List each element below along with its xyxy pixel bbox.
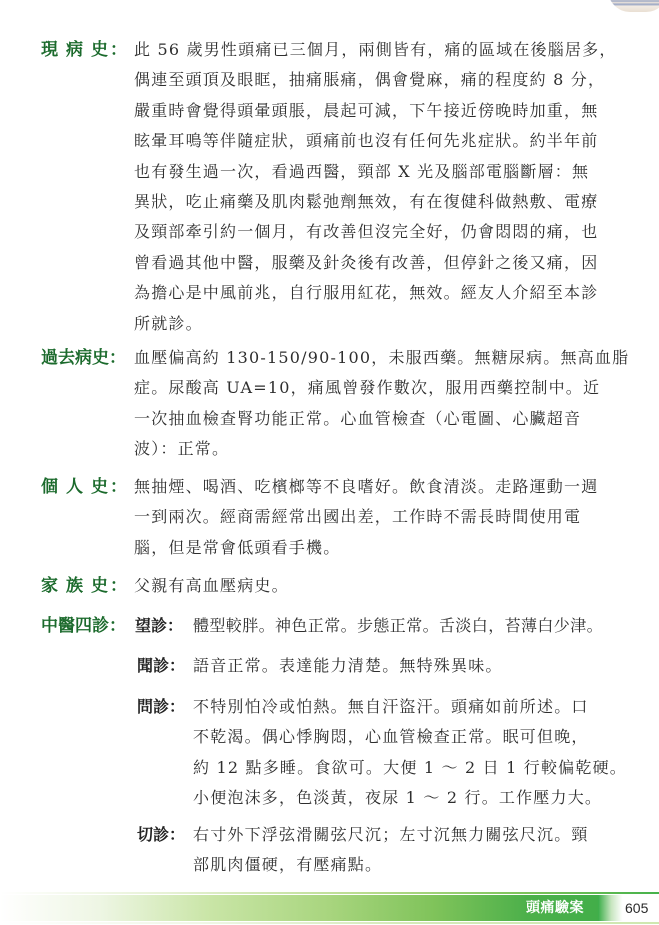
text-line: 血壓偏高約 130-150/90-100，未服西藥。無糖尿病。無高血脂 [134, 343, 631, 373]
text-line: 曾看過其他中醫，服藥及針灸後有改善，但停針之後又痛，因 [134, 248, 631, 278]
text-line: 語音正常。表達能力清楚。無特殊異味。 [193, 651, 631, 681]
text-line: 父親有高血壓病史。 [134, 571, 631, 601]
label-text: 家族史 [41, 576, 116, 596]
text-line: 部肌肉僵硬，有壓痛點。 [193, 850, 631, 880]
text-line: 腦，但是常會低頭看手機。 [134, 533, 631, 563]
inspection-label: 望診： [135, 611, 191, 641]
palpation-text: 右寸外下浮弦滑關弦尺沉；左寸沉無力關弦尺沉。頸 部肌肉僵硬，有壓痛點。 [193, 820, 631, 881]
present-illness-text: 此 56 歲男性頭痛已三個月，兩側皆有，痛的區域在後腦居多， 偶連至頭頂及眼眶，… [134, 35, 631, 339]
inquiry-text: 不特別怕冷或怕熱。無自汗盜汗。頭痛如前所述。口 不乾渴。偶心悸胸悶，心血管檢查正… [193, 692, 631, 814]
family-history-text: 父親有高血壓病史。 [134, 571, 631, 601]
personal-history-text: 無抽煙、喝酒、吃檳榔等不良嗜好。飲食清淡。走路運動一週 一到兩次。經商需經常出國… [134, 472, 631, 563]
text-line: 不特別怕冷或怕熱。無自汗盜汗。頭痛如前所述。口 [193, 692, 631, 722]
text-line: 症。尿酸高 UA=10，痛風曾發作數次，服用西藥控制中。近 [134, 373, 631, 403]
footer-top-rule [0, 892, 659, 894]
page-number: 605 [625, 895, 648, 921]
text-line: 右寸外下浮弦滑關弦尺沉；左寸沉無力關弦尺沉。頸 [193, 820, 631, 850]
text-line: 為擔心是中風前兆，自行服用紅花，無效。經友人介紹至本診 [134, 278, 631, 308]
text-line: 及頸部牽引約一個月，有改善但沒完全好，仍會悶悶的痛，也 [134, 217, 631, 247]
label-colon: ： [110, 477, 127, 497]
palpation-label: 切診： [137, 820, 193, 850]
bowl-photo-decoration [608, 0, 659, 12]
footer-bottom-rule [0, 922, 659, 924]
text-line: 異狀，吃止痛藥及肌肉鬆弛劑無效，有在復健科做熱敷、電療 [134, 187, 631, 217]
past-history-text: 血壓偏高約 130-150/90-100，未服西藥。無糖尿病。無高血脂 症。尿酸… [134, 343, 631, 465]
inquiry-label: 問診： [137, 692, 193, 722]
personal-history-label: 個人史： [41, 472, 133, 502]
text-line: 所就診。 [134, 309, 631, 339]
listening-label: 聞診： [137, 651, 193, 681]
text-line: 波）：正常。 [134, 434, 631, 464]
past-history-label: 過去病史： [41, 343, 133, 373]
four-diagnoses-label: 中醫四診： [41, 611, 133, 641]
inspection-text: 體型較胖。神色正常。步態正常。舌淡白，苔薄白少津。 [193, 611, 631, 641]
text-line: 偶連至頭頂及眼眶，抽痛脹痛，偶會覺麻，痛的程度約 8 分， [134, 65, 631, 95]
label-colon: ： [110, 576, 127, 596]
label-colon: ： [110, 40, 127, 60]
label-text: 個人史 [41, 477, 116, 497]
text-line: 一次抽血檢查腎功能正常。心血管檢查（心電圖、心臟超音 [134, 404, 631, 434]
text-line: 此 56 歲男性頭痛已三個月，兩側皆有，痛的區域在後腦居多， [134, 35, 631, 65]
text-line: 一到兩次。經商需經常出國出差，工作時不需長時間使用電 [134, 502, 631, 532]
text-line: 體型較胖。神色正常。步態正常。舌淡白，苔薄白少津。 [193, 611, 631, 641]
family-history-label: 家族史： [41, 571, 133, 601]
label-text: 現病史 [41, 40, 116, 60]
present-illness-label: 現病史： [41, 35, 133, 65]
text-line: 也有發生過一次，看過西醫，頸部 X 光及腦部電腦斷層：無 [134, 157, 631, 187]
running-footer-title: 頭痛驗案 [526, 895, 584, 921]
text-line: 小便泡沫多，色淡黃，夜尿 1 ～ 2 行。工作壓力大。 [193, 783, 631, 813]
text-line: 眩暈耳鳴等伴隨症狀，頭痛前也沒有任何先兆症狀。約半年前 [134, 126, 631, 156]
listening-text: 語音正常。表達能力清楚。無特殊異味。 [193, 651, 631, 681]
text-line: 約 12 點多睡。食欲可。大便 1 ～ 2 日 1 行較偏乾硬。 [193, 753, 631, 783]
text-line: 不乾渴。偶心悸胸悶，心血管檢查正常。眠可但晚， [193, 722, 631, 752]
text-line: 嚴重時會覺得頭暈頭脹，晨起可減，下午接近傍晚時加重，無 [134, 96, 631, 126]
text-line: 無抽煙、喝酒、吃檳榔等不良嗜好。飲食清淡。走路運動一週 [134, 472, 631, 502]
